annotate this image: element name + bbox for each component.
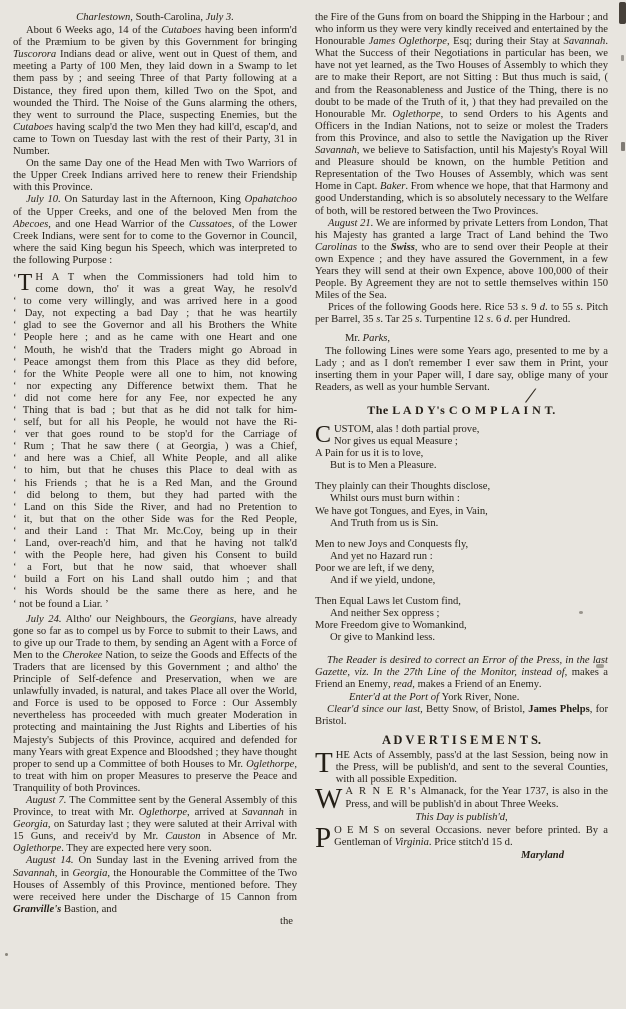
poem-line: And Truth from us is Sin.	[330, 518, 608, 530]
poem-drop-cap: C	[315, 424, 334, 445]
ad-almanack-text: A R N E R's Almanack, for the Year 1737,…	[345, 786, 608, 809]
text-segment: . Price stitch'd 15 d.	[429, 837, 513, 848]
text-segment: On Sunday last in the Evening arrived fr…	[74, 855, 297, 866]
text-segment: About 6 Weeks ago, 14 of the	[26, 25, 161, 36]
letter-salutation: Mr. Parks,	[345, 333, 608, 345]
text-segment: July 3.	[206, 12, 234, 23]
text-segment: Granville's	[13, 904, 61, 915]
text-segment: Clear'd since our last,	[327, 704, 423, 715]
poem-line: USTOM, alas ! doth partial prove,	[315, 424, 608, 436]
speech-line: ‘ not be found a Liar. ’	[13, 599, 297, 611]
ad-poems-text: O E M S on several Occasions. never befo…	[334, 825, 608, 848]
text-segment: Savannah	[564, 36, 606, 47]
text-segment: August 14.	[26, 855, 74, 866]
para-july-10: July 10. On Saturday last in the Afterno…	[13, 194, 297, 267]
edge-ink-mark	[621, 55, 624, 61]
prices-paragraph: Prices of the following Goods here. Rice…	[315, 302, 608, 326]
speech-line: ‘ for the White People were all one to h…	[13, 369, 297, 381]
text-segment: Savannah	[13, 868, 55, 879]
speech-line: ‘ Mouth, he wish'd that the Traders migh…	[13, 345, 297, 357]
text-segment: The Reader is desired to correct an Erro…	[315, 655, 608, 678]
poem-line: They plainly can their Thoughts disclose…	[315, 481, 608, 493]
ad-poems: PO E M S on several Occasions. never bef…	[315, 825, 608, 849]
speech-line: ‘ build a Fort on his Land shall outdo h…	[13, 574, 297, 586]
ink-speck	[596, 664, 604, 668]
speech-drop-cap: T	[18, 272, 36, 293]
para-august-7: August 7. The Committee sent by the Gene…	[13, 795, 297, 855]
para-cutaboes: About 6 Weeks ago, 14 of the Cutaboes ha…	[13, 25, 297, 158]
speech-line: ‘ to him, but that he chuses this Place …	[13, 465, 297, 477]
text-segment: , read,	[388, 679, 418, 690]
speech-line: ‘ ver that goes round to be stop'd for t…	[13, 429, 297, 441]
text-segment: Causton	[165, 831, 200, 842]
catchword-maryland: Maryland	[315, 850, 608, 862]
text-segment: Mr.	[345, 333, 363, 344]
speech-line: ‘ to come very willingly, and was arrive…	[13, 296, 297, 308]
speech-line: ‘ a Fort, but that he now said, that who…	[13, 562, 297, 574]
speech-line: ‘ did not come here for any Fee, nor exp…	[13, 393, 297, 405]
speech-line: ‘ his Friends ; that he is a Red Man, an…	[13, 478, 297, 490]
speech-line: ‘ Land on this Side the River, and had n…	[13, 502, 297, 514]
speech-line: ‘ Land, over-reach'd him, and that he ha…	[13, 538, 297, 550]
speech-line: ‘ Rum ; That he saw there ( at Georgia, …	[13, 441, 297, 453]
poem-line: And neither Sex oppress ;	[330, 608, 608, 620]
poem-line: We have got Tongues, and Eyes, in Vain,	[315, 506, 608, 518]
poem-stanza-2: They plainly can their Thoughts disclose…	[315, 481, 608, 529]
text-segment: Savannah	[315, 145, 357, 156]
poem-line: More Freedom give to Womankind,	[315, 620, 608, 632]
text-segment: July 24.	[26, 614, 62, 625]
text-segment: Enter'd at the Port of	[349, 692, 442, 703]
poem-stanza-1: C USTOM, alas ! doth partial prove,Nor g…	[315, 424, 608, 472]
text-segment: Abecoes	[13, 219, 48, 230]
text-segment: August 7.	[26, 795, 66, 806]
text-segment: Cutaboes	[161, 25, 201, 36]
text-segment: York River	[442, 692, 489, 703]
text-segment: Bastion, and	[61, 904, 117, 915]
text-segment: Virginia	[395, 837, 429, 848]
speech-line: ‘ with the People here, had given his Co…	[13, 550, 297, 562]
speech-line: come down, tho' it was a great Way, he r…	[13, 284, 297, 296]
poem-line: Poor we are left, if we deny,	[315, 563, 608, 575]
text-segment: Baker	[380, 181, 405, 192]
text-segment: , and one Head Warrior of the	[48, 219, 189, 230]
para-head-men: On the same Day one of the Head Men with…	[13, 158, 297, 194]
columns: Charlestown, South-Carolina, July 3. Abo…	[0, 0, 626, 928]
text-segment: Nation, to seize the Goods and Effects o…	[13, 650, 297, 770]
text-segment: Oglethorpe	[13, 843, 61, 854]
ad-acts-of-assembly: THE Acts of Assembly, pass'd at the last…	[315, 750, 608, 786]
text-segment: James Phelps	[528, 704, 590, 715]
ad-warners-almanack: WA R N E R's Almanack, for the Year 1737…	[315, 786, 608, 810]
text-segment: Opahatchoo	[245, 194, 297, 205]
text-segment: Charlestown,	[76, 12, 133, 23]
speech-line: ‘ self, but for all his People, he would…	[13, 417, 297, 429]
text-segment: Georgia	[72, 868, 107, 879]
text-segment: , in	[55, 868, 73, 879]
erratum-note: The Reader is desired to correct an Erro…	[315, 655, 608, 691]
text-segment: Prices of the following Goods here. Rice…	[328, 302, 521, 313]
poem-line: And if we yield, undone,	[330, 575, 608, 587]
poem-stanza-1-lines: USTOM, alas ! doth partial prove,Nor giv…	[315, 424, 608, 472]
letter-body: The following Lines were some Years ago,…	[315, 346, 608, 394]
para-august-21: August 21. We are informed by private Le…	[315, 218, 608, 303]
speech-line: ‘ his Words should be the same there as …	[13, 586, 297, 598]
text-segment: . 9	[525, 302, 539, 313]
poem-line: And yet no Hazard run :	[330, 551, 608, 563]
text-segment: Cherokee	[62, 650, 102, 661]
left-column: Charlestown, South-Carolina, July 3. Abo…	[13, 12, 297, 928]
speech-line: ‘ did belong to them, but they had parte…	[13, 490, 297, 502]
text-segment: Parks	[363, 333, 388, 344]
text-segment: . What the Success of their Negotiations…	[315, 36, 608, 120]
text-segment: makes a Friend of an Enemy	[418, 679, 540, 690]
catchword-the: the	[13, 916, 297, 928]
dateline: Charlestown, South-Carolina, July 3.	[13, 12, 297, 24]
text-segment: . per Hundred.	[509, 314, 570, 325]
poem-line: Or give to Mankind less.	[330, 632, 608, 644]
text-segment: HE Acts of Assembly, pass'd at the last …	[336, 750, 608, 785]
ink-speck	[579, 611, 583, 614]
text-segment: . 6	[491, 314, 504, 325]
text-segment: Georgia	[13, 819, 48, 830]
text-segment: On Saturday last in the Afternoon, King	[61, 194, 245, 205]
text-segment: Oglethorpe	[392, 109, 440, 120]
ad-poems-drop-cap: P	[315, 825, 334, 850]
text-segment: in Absence of Mr.	[201, 831, 297, 842]
speech-line: ‘ People here ; and as he came with one …	[13, 332, 297, 344]
ad-acts-drop-cap: T	[315, 750, 336, 775]
ink-speck	[5, 953, 8, 956]
text-segment: Cutaboes	[13, 122, 53, 133]
text-segment: to the	[357, 242, 391, 253]
port-clearances: Clear'd since our last, Betty Snow, of B…	[315, 704, 608, 728]
text-segment: Altho' our Neighbours, the	[62, 614, 190, 625]
edge-ink-mark	[621, 142, 625, 151]
poem-line: Then Equal Laws let Custom find,	[315, 596, 608, 608]
edge-ink-mark	[619, 2, 626, 24]
text-segment: The following Lines were some Years ago,…	[315, 346, 608, 393]
speech-line: ‘ it, but that on the other Side was for…	[13, 514, 297, 526]
port-entries: Enter'd at the Port of York River, None.	[349, 692, 608, 704]
speech-line: ‘ Day, not expecting a bad Day ; that he…	[13, 308, 297, 320]
poem-stanza-4: Then Equal Laws let Custom find,And neit…	[315, 596, 608, 644]
ad-acts-text: HE Acts of Assembly, pass'd at the last …	[336, 750, 608, 785]
poem-line: Nor gives us equal Measure ;	[330, 436, 608, 448]
text-segment: Betty Snow, of Bristol,	[423, 704, 528, 715]
text-segment: A R N E R's	[345, 786, 417, 797]
text-segment: Oglethorpe	[139, 807, 187, 818]
text-segment: August 21.	[328, 218, 373, 229]
text-segment: ,	[387, 333, 390, 344]
published-today-line: This Day is publish'd,	[315, 812, 608, 824]
speech-line: ‘ glad to see the Governor and all his B…	[13, 320, 297, 332]
text-segment: .	[539, 679, 542, 690]
text-segment: . to 55	[545, 302, 576, 313]
poem-stanza-3: Men to new Joys and Conquests fly,And ye…	[315, 539, 608, 587]
text-segment: South-Carolina,	[133, 12, 206, 23]
text-segment: Savannah	[242, 807, 284, 818]
text-segment: , arrived at	[187, 807, 242, 818]
text-segment: Swiss	[391, 242, 415, 253]
text-segment: Carolinas	[315, 242, 357, 253]
text-segment: Georgians	[190, 614, 234, 625]
speech-line: H A T when the Commissioners had told hi…	[13, 272, 297, 284]
text-segment: of the Upper Creeks, and one of the belo…	[13, 207, 297, 218]
text-segment: On the same Day one of the Head Men with…	[13, 158, 297, 193]
text-segment: Tuscorora	[13, 49, 56, 60]
text-segment: in	[284, 807, 297, 818]
poem-line: A Pain for us it is to love,	[315, 448, 608, 460]
poem-line: But is to Men a Pleasure.	[330, 460, 608, 472]
poem-line: Men to new Joys and Conquests fly,	[315, 539, 608, 551]
text-segment: . Tar 25	[380, 314, 415, 325]
para-august-14: August 14. On Sunday last in the Evening…	[13, 855, 297, 915]
speech-line: ‘ and here was a Chief, all White People…	[13, 453, 297, 465]
para-july-24: July 24. Altho' our Neighbours, the Geor…	[13, 614, 297, 795]
advertisements-heading: A D V E R T I S E M E N T S.	[315, 734, 608, 746]
text-segment: , Esq; during their Stay at	[447, 36, 564, 47]
text-segment: Indians dead or alive, went out in Quest…	[13, 49, 297, 120]
text-segment: Oglethorpe	[246, 759, 294, 770]
speech-lines: H A T when the Commissioners had told hi…	[13, 272, 297, 611]
text-segment: Cussatoes	[189, 219, 232, 230]
speech-line: ‘ nor expecting any Difference betwixt t…	[13, 381, 297, 393]
text-segment: July 10.	[26, 194, 61, 205]
speech-line: ‘ Thing that is bad ; but that as he did…	[13, 405, 297, 417]
text-segment: None.	[494, 692, 520, 703]
speech-line: ‘ Peace amongst them from this Place as …	[13, 357, 297, 369]
continuation-paragraph: the Fire of the Guns from on board the S…	[315, 12, 608, 218]
newspaper-page: Charlestown, South-Carolina, July 3. Abo…	[0, 0, 626, 1009]
poem-line: Whilst ours must burn within :	[330, 493, 608, 505]
speech-line: ‘ and their Land : That Mr. Mc.Coy, bein…	[13, 526, 297, 538]
text-segment: James Oglethorpe	[369, 36, 447, 47]
text-segment: . They are expected here very soon.	[61, 843, 211, 854]
right-column: the Fire of the Guns from on board the S…	[315, 12, 608, 928]
text-segment: . Turpentine 12	[419, 314, 486, 325]
poem-title: The L A D Y's C O M P L A I N T.	[315, 404, 608, 416]
text-segment: having scalp'd the two Men they had kill…	[13, 122, 297, 157]
ad-almanack-drop-cap: W	[315, 786, 345, 811]
kings-speech: ‘T H A T when the Commissioners had told…	[13, 272, 297, 611]
